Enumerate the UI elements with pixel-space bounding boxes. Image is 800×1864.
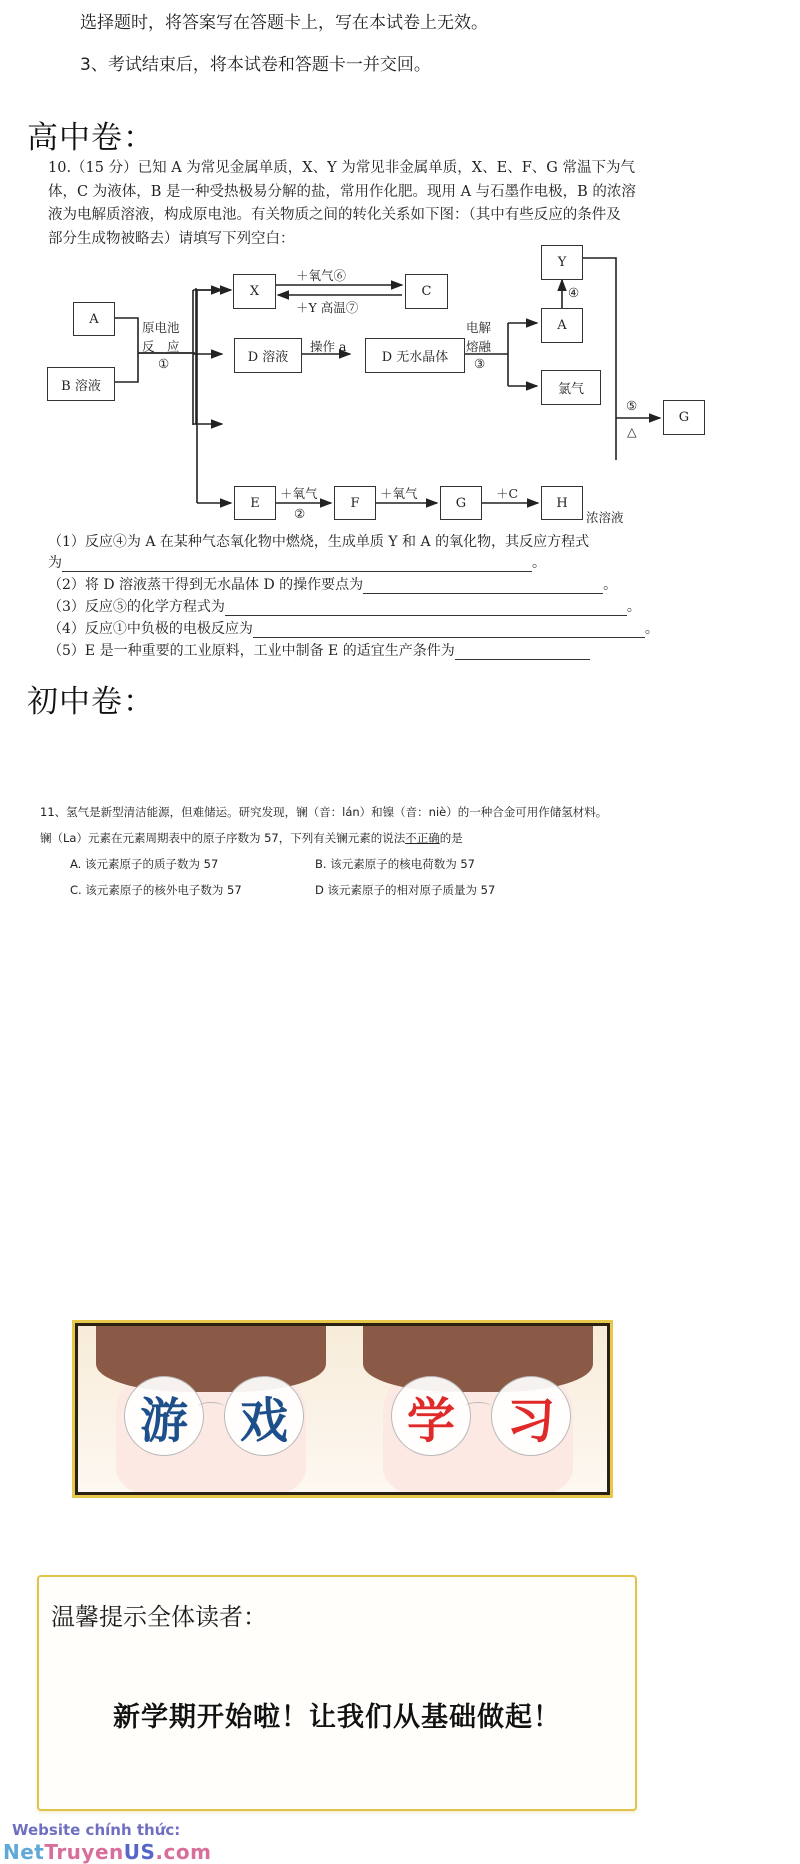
- label-g-to-h: ＋C: [496, 484, 518, 502]
- q11-option-c[interactable]: C. 该元素原子的核外电子数为 57: [70, 882, 242, 898]
- label-battery-1: 原电池: [142, 318, 180, 336]
- hair: [96, 1323, 326, 1392]
- watermark-site-link[interactable]: NetTruyenUS.com: [3, 1840, 211, 1864]
- q11-line2: 镧（La）元素在元素周期表中的原子序数为 57，下列有关镧元素的说法不正确的是: [40, 830, 463, 846]
- label-c-to-x: ＋Y 高温⑦: [296, 298, 358, 316]
- notice-message: 新学期开始啦！让我们从基础做起！: [39, 1695, 635, 1734]
- label-electrolysis-1: 电解: [466, 318, 491, 336]
- q11-line1: 11、氢气是新型清洁能源，但难储运。研究发现，镧（音：lán）和镍（音：niè）…: [40, 804, 607, 820]
- glasses-lens-right: 习: [491, 1376, 571, 1456]
- label-conc-solution: 浓溶液: [586, 508, 624, 526]
- q11-option-b[interactable]: B. 该元素原子的核电荷数为 57: [315, 856, 475, 872]
- q11-emphasis: 不正确: [405, 831, 440, 845]
- diagram-connectors-lower: [0, 0, 800, 560]
- label-x-to-c: ＋氧气⑥: [296, 266, 346, 284]
- sub-question-1: （1）反应④为 A 在某种气态氧化物中燃烧，生成单质 Y 和 A 的氧化物，其反…: [48, 531, 589, 551]
- label-reaction-1: ①: [158, 356, 169, 371]
- sub-question-5: （5）E 是一种重要的工业原料，工业中制备 E 的适宜生产条件为: [48, 640, 590, 660]
- game-vs-study-banner: 游 戏 学 习: [75, 1323, 610, 1495]
- character-right: 学 习: [353, 1326, 603, 1492]
- label-reaction-3: ③: [474, 356, 485, 371]
- notice-box: 温馨提示全体读者： 新学期开始啦！让我们从基础做起！: [37, 1575, 637, 1811]
- answer-blank-4[interactable]: [253, 622, 645, 638]
- label-battery-2: 反 应: [142, 337, 180, 355]
- label-heat: △: [627, 424, 637, 439]
- q11-option-d[interactable]: D 该元素原子的相对原子质量为 57: [315, 882, 495, 898]
- glasses-lens-right: 戏: [224, 1376, 304, 1456]
- sub-question-2: （2）将 D 溶液蒸干得到无水晶体 D 的操作要点为 。: [48, 574, 617, 594]
- label-reaction-4: ④: [568, 285, 579, 300]
- glasses-lens-left: 学: [391, 1376, 471, 1456]
- answer-blank-2[interactable]: [363, 578, 603, 594]
- sub-question-1-answer: 为 。: [48, 552, 546, 572]
- middle-school-heading: 初中卷：: [27, 676, 155, 721]
- label-e-to-f: ＋氧气: [280, 484, 318, 502]
- label-electrolysis-2: 熔融: [466, 337, 491, 355]
- glasses-bridge: [465, 1402, 491, 1411]
- label-reaction-5: ⑤: [626, 398, 637, 413]
- watermark-label: Website chính thức:: [12, 1821, 180, 1839]
- sub-question-3: （3）反应⑤的化学方程式为 。: [48, 596, 641, 616]
- glasses-lens-left: 游: [124, 1376, 204, 1456]
- character-left: 游 戏: [86, 1326, 336, 1492]
- q11-option-a[interactable]: A. 该元素原子的质子数为 57: [70, 856, 218, 872]
- answer-blank-5[interactable]: [455, 644, 590, 660]
- label-operation-a: 操作 a: [310, 337, 346, 355]
- answer-blank-3[interactable]: [225, 600, 627, 616]
- label-f-to-g: ＋氧气: [380, 484, 418, 502]
- sub-question-4: （4）反应①中负极的电极反应为 。: [48, 618, 659, 638]
- label-reaction-2: ②: [294, 506, 305, 521]
- glasses-bridge: [198, 1402, 224, 1411]
- answer-blank-1[interactable]: [62, 556, 532, 572]
- hair: [363, 1323, 593, 1392]
- notice-title: 温馨提示全体读者：: [51, 1597, 267, 1632]
